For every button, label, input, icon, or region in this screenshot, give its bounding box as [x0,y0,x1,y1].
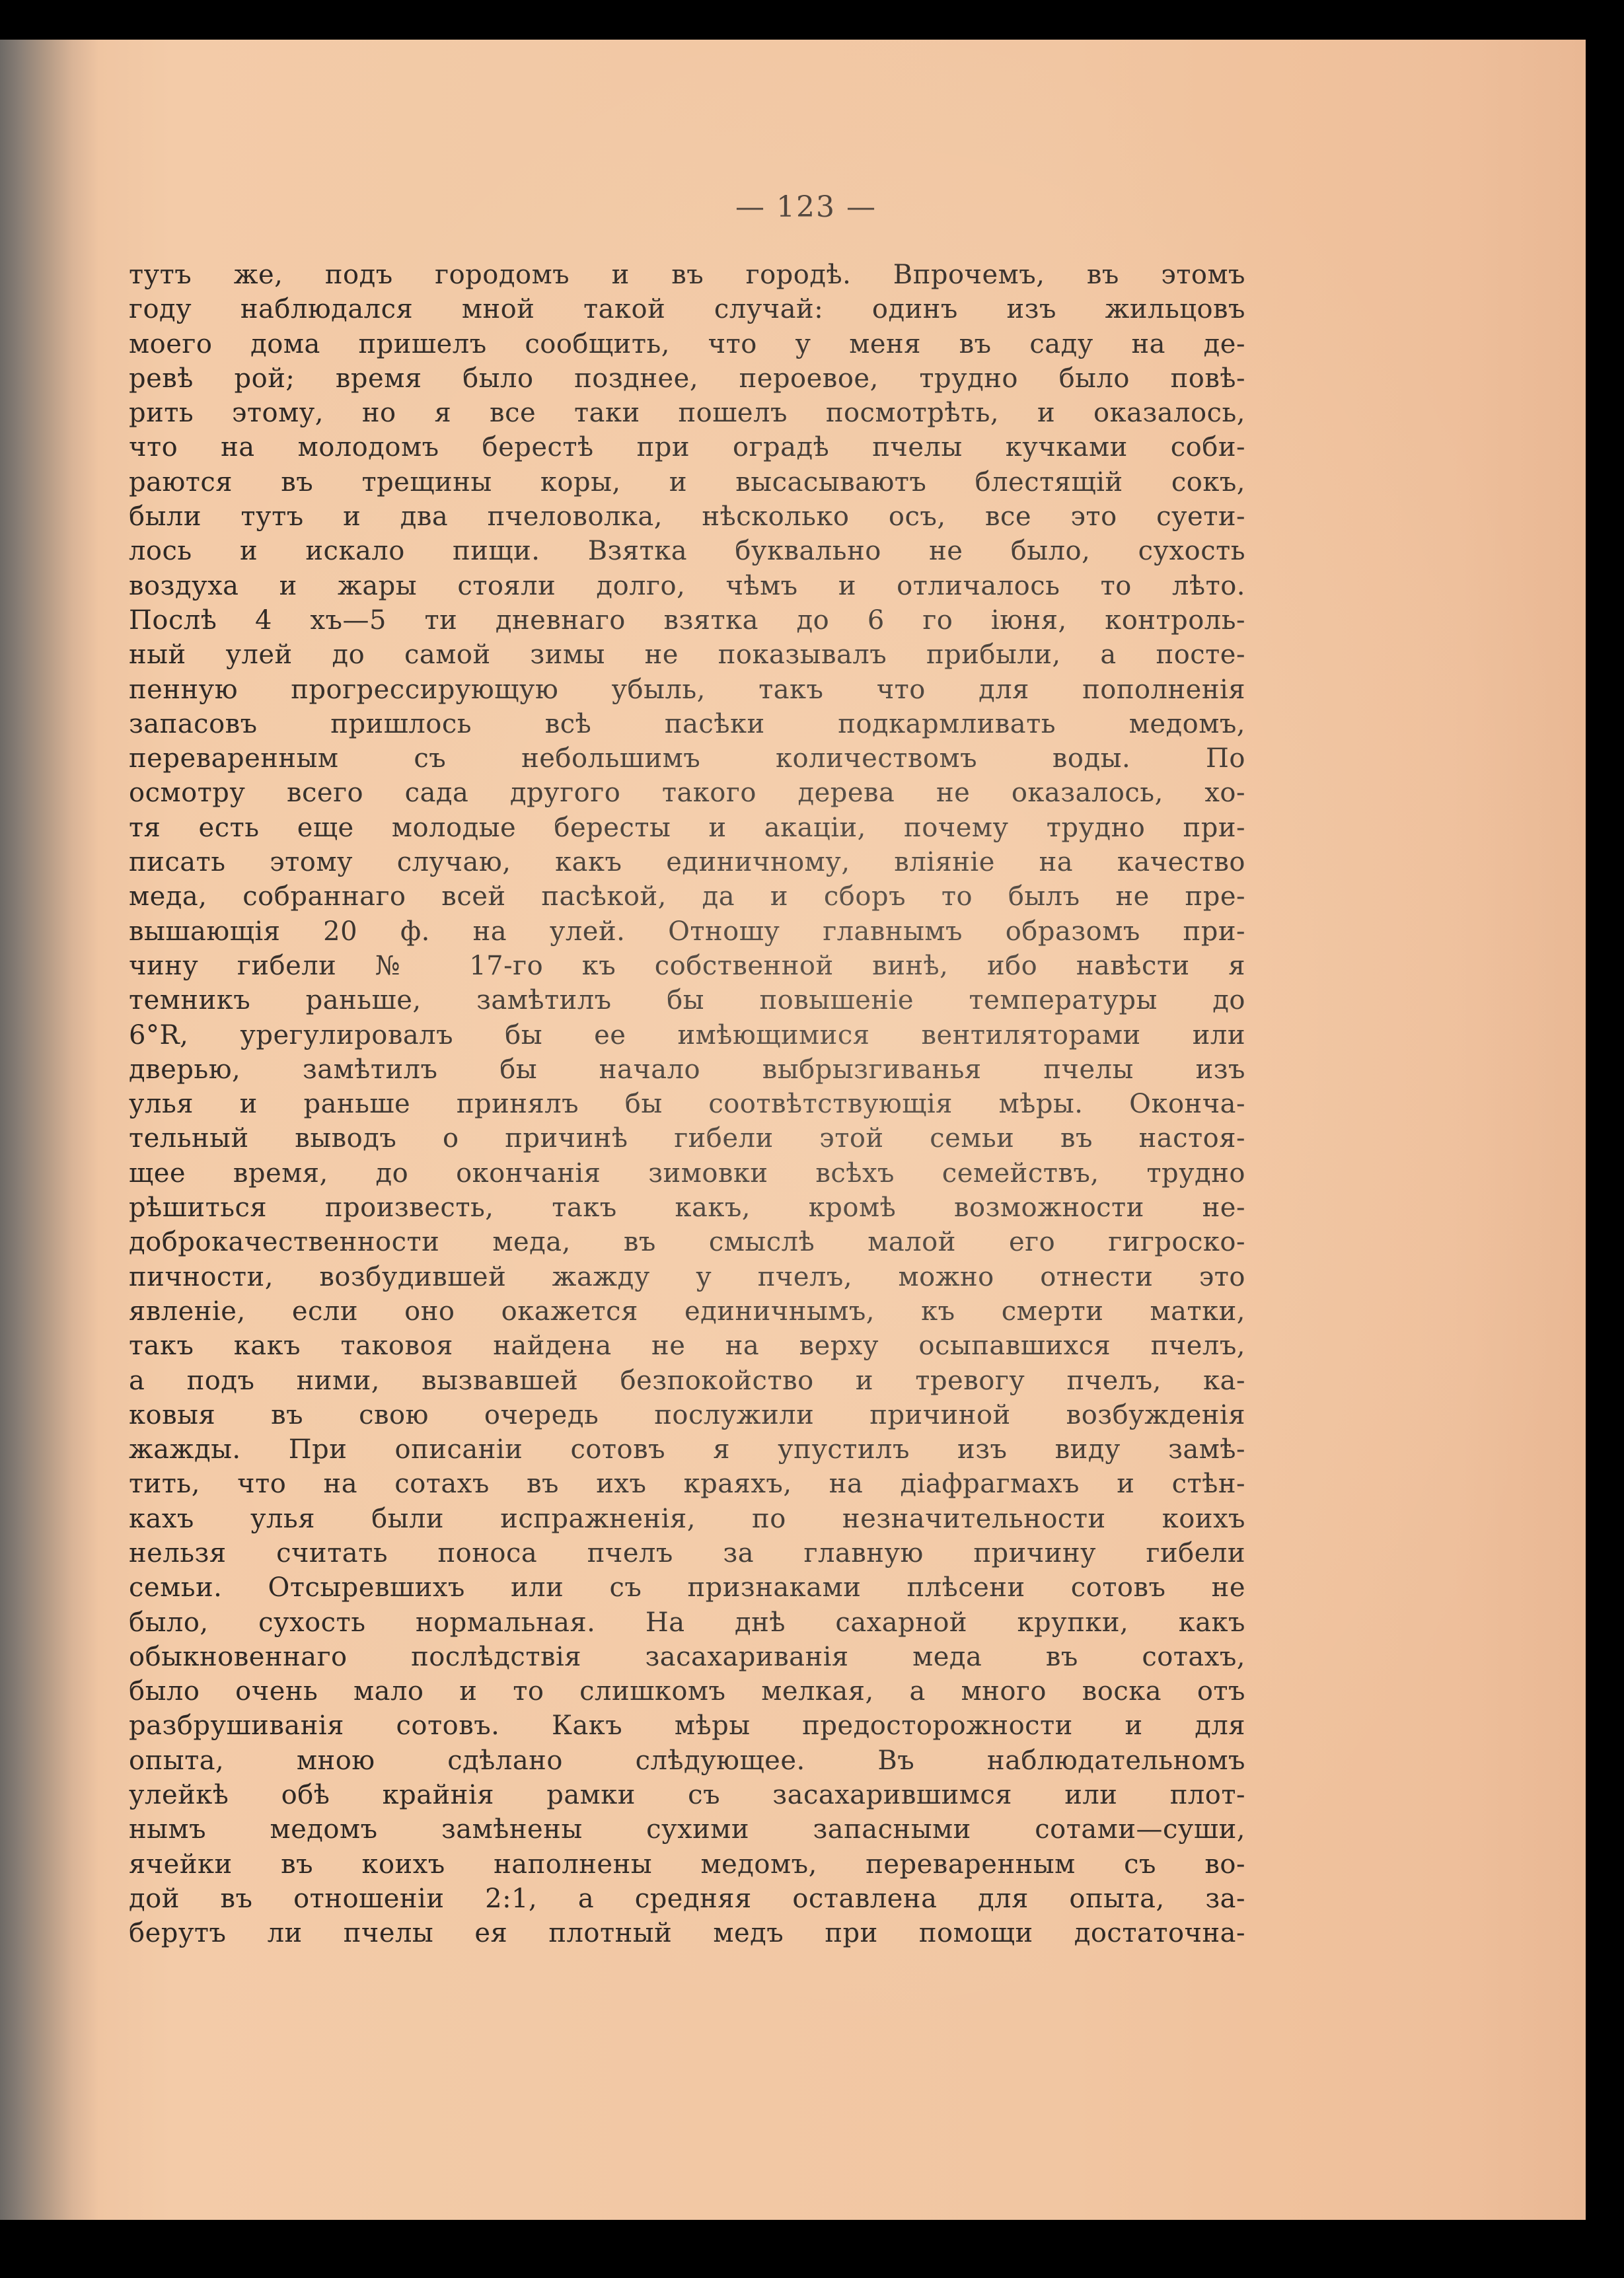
text-line: было, сухость нормальная. На днѣ сахарно… [129,1605,1245,1640]
text-line: рѣшиться произвесть, такъ какъ, кромѣ во… [129,1191,1245,1225]
text-line: доброкачественности меда, въ смыслѣ мало… [129,1225,1245,1259]
text-line: опыта, мною сдѣлано слѣдующее. Въ наблюд… [129,1744,1245,1778]
text-line: вышающія 20 ф. на улей. Отношу главнымъ … [129,914,1245,949]
text-line: щее время, до окончанія зимовки всѣхъ се… [129,1156,1245,1191]
text-line: 6°R, урегулировалъ бы ее имѣющимися вент… [129,1018,1245,1052]
text-line: моего дома пришелъ сообщить, что у меня … [129,327,1245,361]
text-line: такъ какъ таковоя найдена не на верху ос… [129,1329,1245,1363]
text-line: тутъ же, подъ городомъ и въ городѣ. Впро… [129,258,1245,292]
text-line: раются въ трещины коры, и высасываютъ бл… [129,465,1245,499]
text-line: берутъ ли пчелы ея плотный медъ при помо… [129,1916,1245,1950]
text-line: ковыя въ свою очередь послужили причиной… [129,1398,1245,1432]
text-line: году наблюдался мной такой случай: одинъ… [129,292,1245,326]
text-line: разбрушиванія сотовъ. Какъ мѣры предосто… [129,1709,1245,1743]
text-line: что на молодомъ берестѣ при оградѣ пчелы… [129,430,1245,464]
text-line: Послѣ 4 хъ—5 ти дневнаго взятка до 6 го … [129,603,1245,638]
text-line: обыкновеннаго послѣдствія засахариванія … [129,1640,1245,1674]
text-line: запасовъ пришлось всѣ пасѣки подкармлива… [129,707,1245,741]
text-line: пичности, возбудившей жажду у пчелъ, мож… [129,1260,1245,1294]
text-line: чину гибели № 17-го къ собственной винѣ,… [129,949,1245,983]
body-text: тутъ же, подъ городомъ и въ городѣ. Впро… [129,258,1245,1951]
text-line: ревѣ рой; время было позднее, пероевое, … [129,361,1245,396]
text-line: дой въ отношеніи 2:1, а средняя оставлен… [129,1882,1245,1916]
text-line: меда, собраннаго всей пасѣкой, да и сбор… [129,879,1245,914]
book-page: — 123 — тутъ же, подъ городомъ и въ горо… [0,40,1586,2220]
text-line: семьи. Отсыревшихъ или съ признаками плѣ… [129,1570,1245,1605]
text-line: пенную прогрессирующую убыль, такъ что д… [129,673,1245,707]
text-line: ный улей до самой зимы не показывалъ при… [129,638,1245,672]
text-line: нельзя считать поноса пчелъ за главную п… [129,1536,1245,1570]
text-line: было очень мало и то слишкомъ мелкая, а … [129,1674,1245,1709]
text-line: улья и раньше принялъ бы соотвѣтствующія… [129,1087,1245,1121]
text-line: писать этому случаю, какъ единичному, вл… [129,845,1245,879]
text-line: темникъ раньше, замѣтилъ бы повышеніе те… [129,983,1245,1017]
text-line: тить, что на сотахъ въ ихъ краяхъ, на ді… [129,1467,1245,1501]
text-line: переваренным съ небольшимъ количествомъ … [129,741,1245,776]
text-line: лось и искало пищи. Взятка буквально не … [129,534,1245,568]
text-line: рить этому, но я все таки пошелъ посмотр… [129,396,1245,430]
page-number: — 123 — [0,190,1586,224]
text-line: улейкѣ обѣ крайнія рамки съ засахарившим… [129,1778,1245,1812]
text-line: кахъ улья были испражненія, по незначите… [129,1502,1245,1536]
text-line: дверью, замѣтилъ бы начало выбрызгиванья… [129,1052,1245,1087]
text-line: нымъ медомъ замѣнены сухими запасными со… [129,1812,1245,1847]
text-line: были тутъ и два пчеловолка, нѣсколько ос… [129,499,1245,534]
text-line: явленіе, если оно окажется единичнымъ, к… [129,1294,1245,1329]
text-line: а подъ ними, вызвавшей безпокойство и тр… [129,1364,1245,1398]
text-line: тя есть еще молодые бересты и акаціи, по… [129,811,1245,845]
text-line: ячейки въ коихъ наполнены медомъ, перева… [129,1847,1245,1882]
text-line: осмотру всего сада другого такого дерева… [129,776,1245,810]
text-line: тельный выводъ о причинѣ гибели этой сем… [129,1121,1245,1156]
text-line: жажды. При описаніи сотовъ я упустилъ из… [129,1432,1245,1467]
text-line: воздуха и жары стояли долго, чѣмъ и отли… [129,569,1245,603]
